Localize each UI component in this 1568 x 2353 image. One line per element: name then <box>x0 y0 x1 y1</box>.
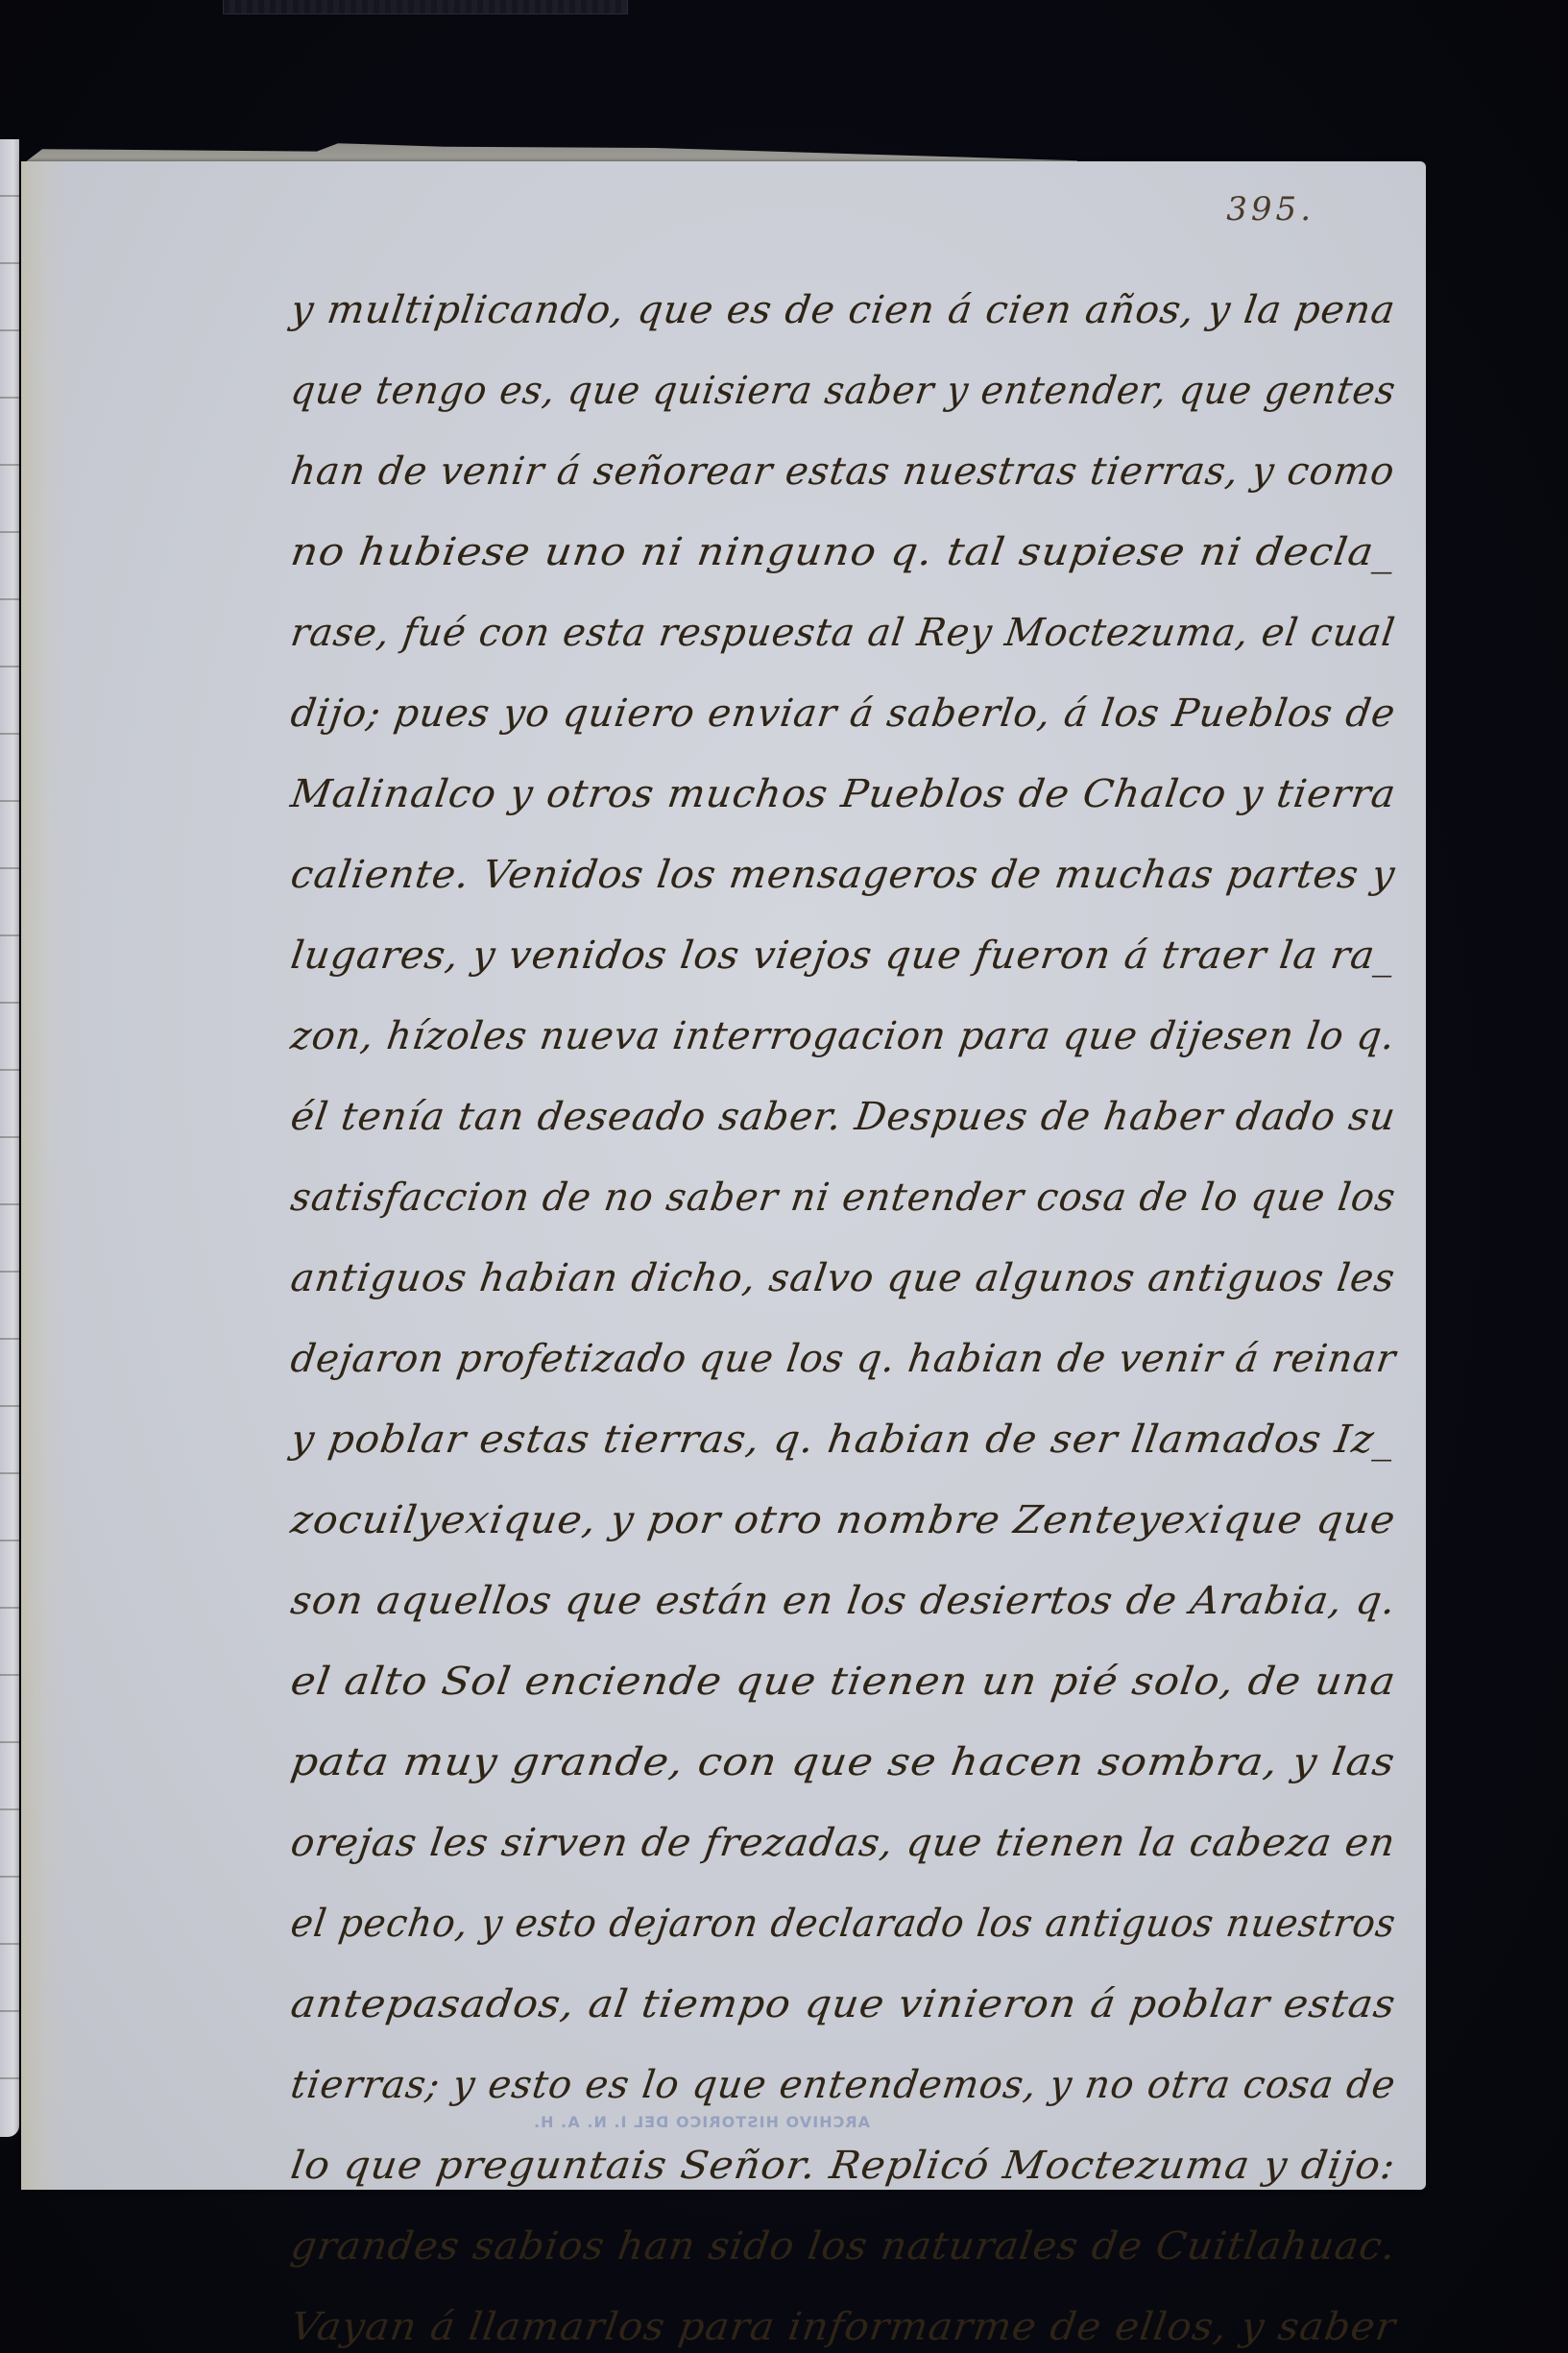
text-line: lo que preguntais Señor. Replicó Moctezu… <box>288 2144 1398 2188</box>
text-line: el alto Sol enciende que tienen un pié s… <box>288 1660 1399 1704</box>
text-line: satisfaccion de no saber ni entender cos… <box>288 1176 1399 1220</box>
text-line: rase, fué con esta respuesta al Rey Moct… <box>288 611 1398 655</box>
scan-scale-strip <box>223 0 628 14</box>
folio-number: 395. <box>1226 190 1315 229</box>
text-line: caliente. Venidos los mensageros de much… <box>288 853 1398 897</box>
text-line: han de venir á señorear estas nuestras t… <box>288 449 1398 494</box>
text-line: dejaron profetizado que los q. habian de… <box>288 1337 1399 1381</box>
text-line: no hubiese uno ni ninguno q. tal supiese… <box>288 530 1399 574</box>
text-line: Vayan á llamarlos para informarme de ell… <box>288 2305 1399 2349</box>
text-line: y poblar estas tierras, q. habian de ser… <box>288 1418 1398 1462</box>
text-line: grandes sabios han sido los naturales de… <box>288 2224 1399 2268</box>
text-line: él tenía tan deseado saber. Despues de h… <box>288 1095 1399 1139</box>
previous-page-ink-marks <box>0 139 19 2137</box>
text-line: que tengo es, que quisiera saber y enten… <box>288 369 1399 413</box>
text-line: orejas les sirven de frezadas, que tiene… <box>288 1821 1398 1865</box>
text-line: lugares, y venidos los viejos que fueron… <box>288 934 1399 978</box>
text-line: el pecho, y esto dejaron declarado los a… <box>288 1902 1399 1946</box>
archive-stamp-bleedthrough: ARCHIVO HISTORICO DEL I. N. A. H. <box>533 2113 870 2131</box>
text-line: pata muy grande, con que se hacen sombra… <box>288 1740 1398 1784</box>
previous-page-edge <box>0 139 19 2137</box>
text-line: zon, hízoles nueva interrogacion para qu… <box>288 1014 1398 1058</box>
text-line: y multiplicando, que es de cien á cien a… <box>288 288 1398 332</box>
text-line: zocuilyexique, y por otro nombre Zenteye… <box>288 1498 1398 1542</box>
text-line: tierras; y esto es lo que entendemos, y … <box>288 2063 1399 2107</box>
text-line: antepasados, al tiempo que vinieron á po… <box>288 1982 1399 2026</box>
text-line: antiguos habian dicho, salvo que algunos… <box>288 1256 1398 1300</box>
text-line: dijo; pues yo quiero enviar á saberlo, á… <box>288 691 1398 736</box>
text-line: son aquellos que están en los desiertos … <box>288 1579 1399 1623</box>
text-line: Malinalco y otros muchos Pueblos de Chal… <box>288 772 1399 816</box>
